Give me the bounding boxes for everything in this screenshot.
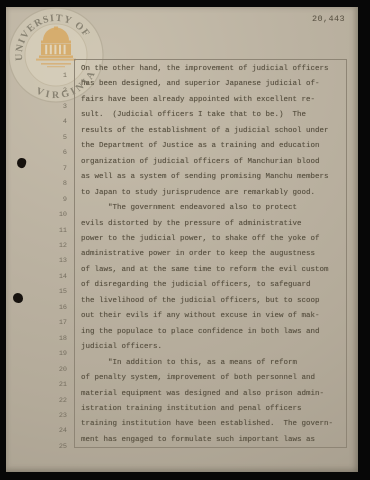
line-number: 18 [44, 332, 67, 347]
typed-line: to Japan to study jurisprudence are rema… [81, 186, 344, 201]
line-number: 23 [44, 409, 67, 424]
typed-line: "In addition to this, as a means of refo… [81, 356, 344, 371]
typed-line: training institution have been establish… [81, 417, 344, 432]
typed-line: ing the populace to place confidence in … [81, 325, 344, 340]
typed-line: evils distorted by the pressure of admin… [81, 217, 344, 232]
line-number: 2 [44, 84, 67, 99]
transcript-text-box: On the other hand, the improvement of ju… [74, 59, 347, 448]
typed-line: fairs have been already appointed with e… [81, 93, 344, 108]
line-number: 5 [44, 131, 67, 146]
photo-frame: 20,443 UNIVERSITY OF VIRGINIA [0, 0, 370, 480]
typed-line: of penalty system, improvement of both p… [81, 371, 344, 386]
line-number: 21 [44, 378, 67, 393]
line-number: 1 [44, 69, 67, 84]
typed-line: material equipment was designed and also… [81, 387, 344, 402]
line-number: 19 [44, 347, 67, 362]
typed-line: as well as a system of sending promising… [81, 170, 344, 185]
typed-line: of disregarding the judicial officers, t… [81, 278, 344, 293]
line-number: 6 [44, 146, 67, 161]
line-number: 14 [44, 270, 67, 285]
typed-line: judicial officers. [81, 340, 344, 355]
stamp-top-text: UNIVERSITY OF [3, 1, 93, 64]
page-number: 20,443 [312, 14, 345, 24]
line-number: 7 [44, 162, 67, 177]
typed-line: the livelihood of the judicial officers,… [81, 294, 344, 309]
line-number: 24 [44, 424, 67, 439]
typed-line: ment has engaged to formulate such impor… [81, 433, 344, 448]
line-number: 4 [44, 115, 67, 130]
typed-line: administrative power in order to keep th… [81, 247, 344, 262]
typed-line: out their evils if any without excuse in… [81, 309, 344, 324]
typed-line: On the other hand, the improvement of ju… [81, 62, 344, 77]
line-number: 13 [44, 254, 67, 269]
line-number: 8 [44, 177, 67, 192]
line-number: 12 [44, 239, 67, 254]
hole-punch [16, 157, 27, 169]
typed-line: power to the judicial power, to shake of… [81, 232, 344, 247]
line-number: 22 [44, 394, 67, 409]
typed-line: has been designed, and superior Japanese… [81, 77, 344, 92]
typed-line: "The government endeavored also to prote… [81, 201, 344, 216]
typed-line: istration training institution and penal… [81, 402, 344, 417]
line-number: 15 [44, 285, 67, 300]
line-number: 3 [44, 100, 67, 115]
line-number: 16 [44, 301, 67, 316]
line-number: 11 [44, 224, 67, 239]
line-number: 10 [44, 208, 67, 223]
typed-line: the Department of Justice as a training … [81, 139, 344, 154]
hole-punch [13, 293, 23, 303]
document-page: 20,443 UNIVERSITY OF VIRGINIA [6, 7, 358, 472]
typed-line: sult. (Judicial officers I take that to … [81, 108, 344, 123]
typed-text: On the other hand, the improvement of ju… [81, 62, 344, 448]
rotunda-building-icon [36, 27, 76, 68]
typed-line: organization of judicial officers of Man… [81, 155, 344, 170]
typed-line: of laws, and at the same time to reform … [81, 263, 344, 278]
line-number-column: 1234567891011121314151617181920212223242… [44, 69, 67, 455]
svg-text:UNIVERSITY OF: UNIVERSITY OF [3, 1, 93, 64]
line-number: 20 [44, 363, 67, 378]
typed-line: results of the establishment of a judici… [81, 124, 344, 139]
line-number: 17 [44, 316, 67, 331]
line-number: 9 [44, 193, 67, 208]
line-number: 25 [44, 440, 67, 455]
